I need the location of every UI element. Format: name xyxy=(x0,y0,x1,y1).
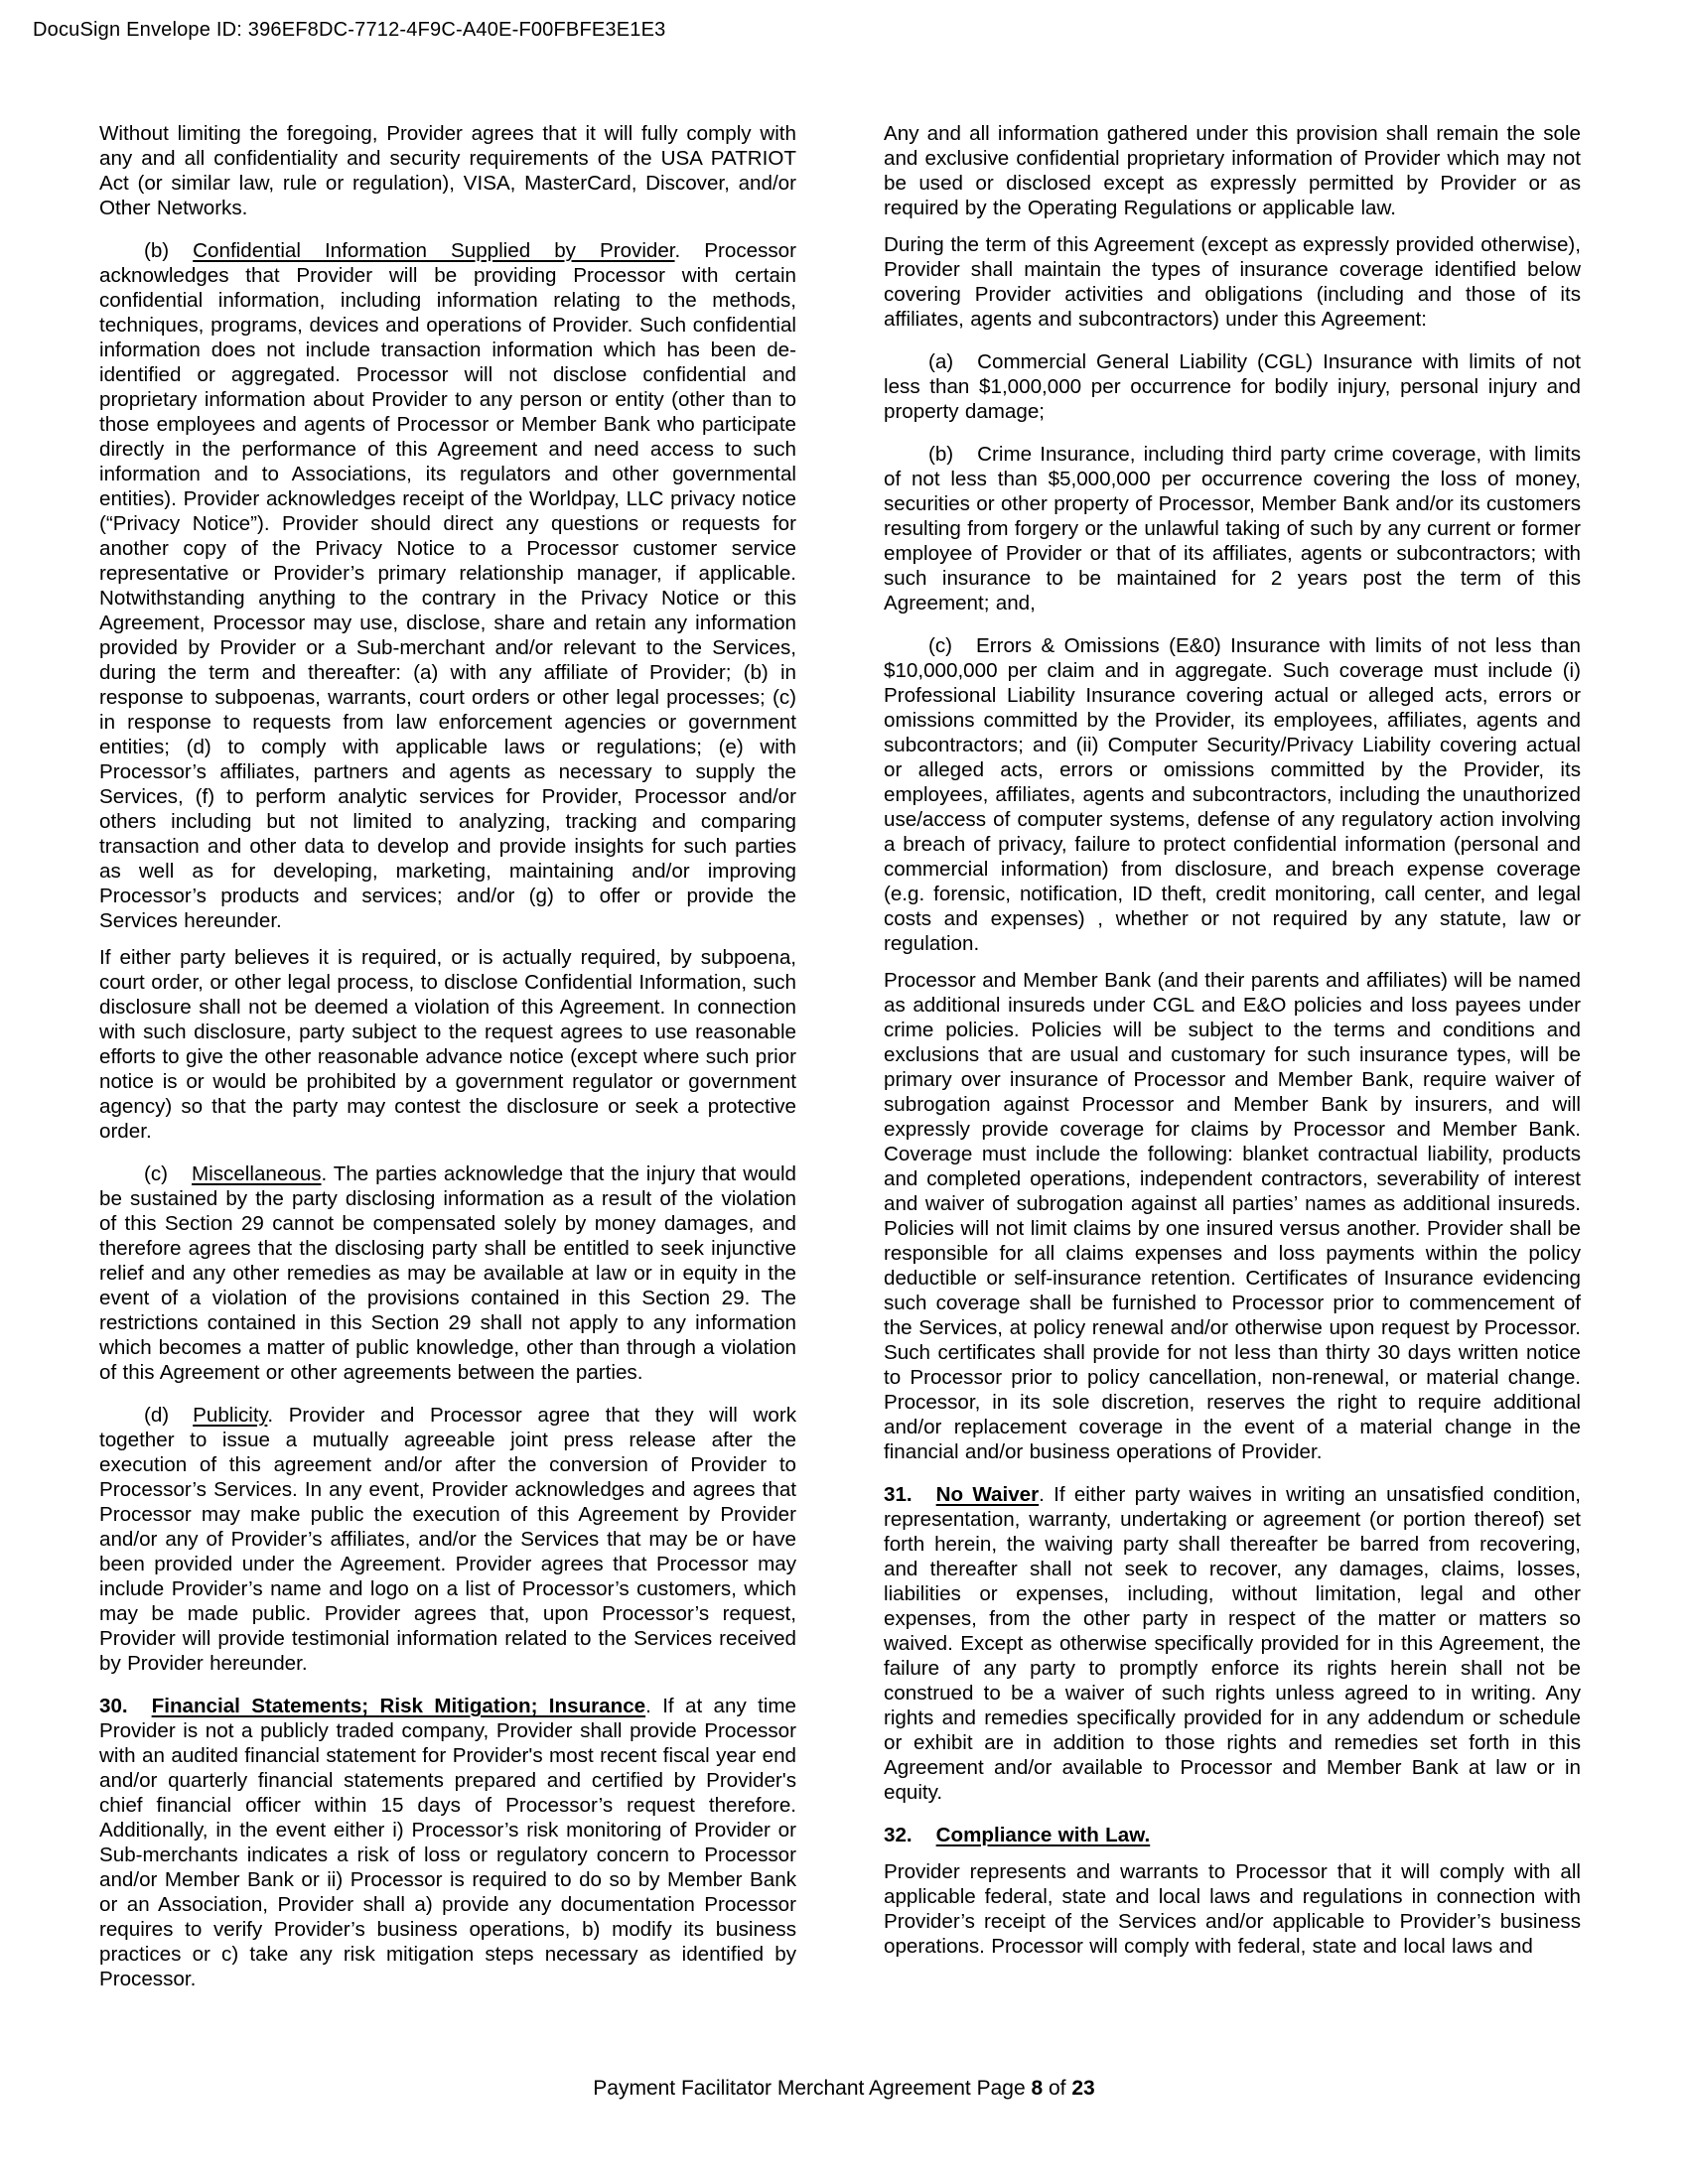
paragraph: (b) Crime Insurance, including third par… xyxy=(884,436,1581,615)
text-segment: Crime Insurance, including third party c… xyxy=(884,443,1581,614)
paragraph: (a) Commercial General Liability (CGL) I… xyxy=(884,343,1581,424)
tab-spacer xyxy=(168,1156,192,1180)
tab-spacer xyxy=(169,232,193,257)
text-segment: (d) xyxy=(144,1404,169,1427)
text-segment: Payment Facilitator Merchant Agreement P… xyxy=(593,2077,1031,2100)
text-segment: Miscellaneous xyxy=(192,1162,322,1185)
text-segment: No Waiver xyxy=(936,1483,1040,1506)
paragraph: If either party believes it is required,… xyxy=(99,945,796,1144)
text-segment: (c) xyxy=(928,634,952,657)
text-segment: Financial Statements; Risk Mitigation; I… xyxy=(152,1695,645,1717)
right-column: Any and all information gathered under t… xyxy=(884,121,1581,1991)
text-segment: 32. xyxy=(884,1824,913,1846)
left-column: Without limiting the foregoing, Provider… xyxy=(99,121,796,1991)
text-segment: Without limiting the foregoing, Provider… xyxy=(99,122,796,219)
text-segment: (b) xyxy=(144,239,169,262)
text-segment: 31. xyxy=(884,1483,913,1506)
tab-spacer xyxy=(913,1817,936,1842)
tab-spacer xyxy=(953,436,977,461)
text-segment: During the term of this Agreement (excep… xyxy=(884,233,1581,331)
document-page: DocuSign Envelope ID: 396EF8DC-7712-4F9C… xyxy=(0,0,1688,2184)
paragraph: 30. Financial Statements; Risk Mitigatio… xyxy=(99,1688,796,1991)
text-segment: Publicity xyxy=(193,1404,267,1427)
text-segment: Provider represents and warrants to Proc… xyxy=(884,1860,1581,1958)
paragraph: (c) Miscellaneous. The parties acknowled… xyxy=(99,1156,796,1385)
paragraph: 31. No Waiver. If either party waives in… xyxy=(884,1476,1581,1805)
paragraph: During the term of this Agreement (excep… xyxy=(884,232,1581,332)
tab-spacer xyxy=(169,1397,193,1422)
text-segment: of xyxy=(1043,2077,1071,2100)
paragraph: Processor and Member Bank (and their par… xyxy=(884,968,1581,1464)
text-segment: (c) xyxy=(144,1162,168,1185)
text-segment: Commercial General Liability (CGL) Insur… xyxy=(884,350,1581,423)
tab-spacer xyxy=(913,1476,936,1501)
paragraph: (b) Confidential Information Supplied by… xyxy=(99,232,796,933)
text-segment: Confidential Information Supplied by Pro… xyxy=(193,239,674,262)
docusign-envelope-id: DocuSign Envelope ID: 396EF8DC-7712-4F9C… xyxy=(33,19,665,42)
paragraph: (d) Publicity. Provider and Processor ag… xyxy=(99,1397,796,1676)
text-segment: . If either party waives in writing an u… xyxy=(884,1483,1581,1804)
text-segment: . The parties acknowledge that the injur… xyxy=(99,1162,796,1384)
text-segment: If either party believes it is required,… xyxy=(99,946,796,1143)
tab-spacer xyxy=(952,627,976,652)
text-segment: Processor and Member Bank (and their par… xyxy=(884,969,1581,1463)
paragraph: Any and all information gathered under t… xyxy=(884,121,1581,220)
text-segment: . Provider and Processor agree that they… xyxy=(99,1404,796,1675)
text-segment: . Processor acknowledges that Provider w… xyxy=(99,239,796,932)
text-segment: 8 xyxy=(1031,2077,1043,2100)
text-segment: 23 xyxy=(1071,2077,1094,2100)
text-segment: (b) xyxy=(928,443,953,466)
paragraph: (c) Errors & Omissions (E&0) Insurance w… xyxy=(884,627,1581,956)
paragraph: 32. Compliance with Law. xyxy=(884,1817,1581,1847)
page-footer: Payment Facilitator Merchant Agreement P… xyxy=(0,2077,1688,2101)
text-segment: Compliance with Law. xyxy=(936,1824,1151,1846)
text-segment: 30. xyxy=(99,1695,128,1717)
tab-spacer xyxy=(953,343,977,368)
two-column-body: Without limiting the foregoing, Provider… xyxy=(99,121,1581,1991)
text-segment: (a) xyxy=(928,350,953,373)
paragraph: Provider represents and warrants to Proc… xyxy=(884,1859,1581,1959)
text-segment: . If at any time Provider is not a publi… xyxy=(99,1695,796,1990)
tab-spacer xyxy=(128,1688,152,1712)
text-segment: Any and all information gathered under t… xyxy=(884,122,1581,219)
text-segment: Errors & Omissions (E&0) Insurance with … xyxy=(884,634,1581,955)
paragraph: Without limiting the foregoing, Provider… xyxy=(99,121,796,220)
